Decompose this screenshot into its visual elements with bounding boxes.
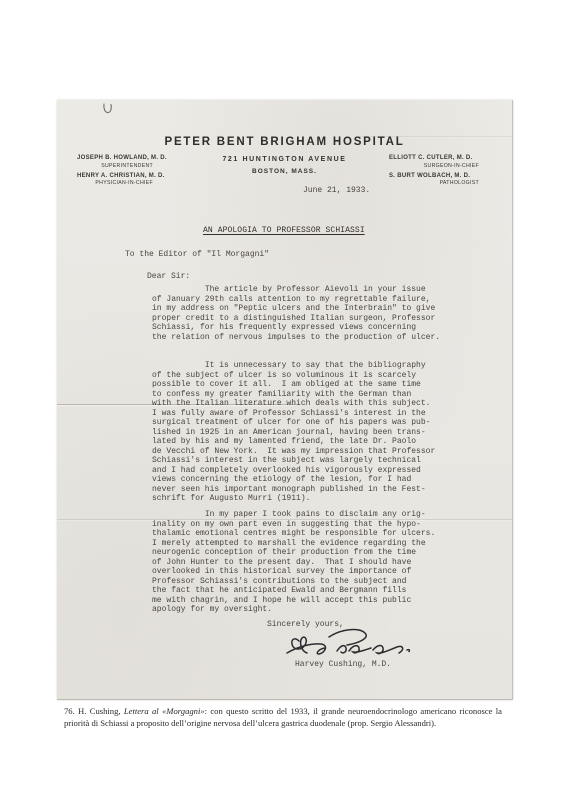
letter-paragraph: In my paper I took pains to disclaim any… (152, 510, 448, 615)
letter-recipient: To the Editor of "Il Morgagni" (125, 250, 269, 259)
letter-paragraph: The article by Professor Aievoli in your… (152, 285, 448, 342)
hospital-name: PETER BENT BRIGHAM HOSPITAL (57, 136, 512, 148)
signature-name: Harvey Cushing, M.D. (295, 660, 391, 669)
letter-date: June 21, 1933. (303, 186, 370, 195)
letterhead-staff-right: ELLIOTT C. CUTLER, M. D. SURGEON-IN-CHIE… (389, 155, 479, 186)
handwritten-check-mark (101, 102, 117, 116)
staff-name: ELLIOTT C. CUTLER, M. D. (389, 155, 479, 161)
caption-italic-title: Lettera al «Morgagni» (124, 706, 205, 716)
signature-scrawl (285, 623, 415, 665)
letter-heading: AN APOLOGIA TO PROFESSOR SCHIASSI (203, 226, 365, 235)
letter-scan: PETER BENT BRIGHAM HOSPITAL JOSEPH B. HO… (57, 100, 513, 700)
letter-paragraph: It is unnecessary to say that the biblio… (152, 361, 448, 504)
caption: 76. H. Cushing, Lettera al «Morgagni»: c… (64, 706, 502, 729)
staff-title: SURGEON-IN-CHIEF (389, 163, 479, 169)
letter-salutation: Dear Sir: (147, 272, 190, 281)
staff-title: PATHOLOGIST (389, 180, 479, 186)
staff-name: S. BURT WOLBACH, M. D. (389, 173, 479, 179)
caption-text: 76. H. Cushing, (64, 706, 124, 716)
staff-title: PHYSICIAN-IN-CHIEF (77, 180, 153, 186)
